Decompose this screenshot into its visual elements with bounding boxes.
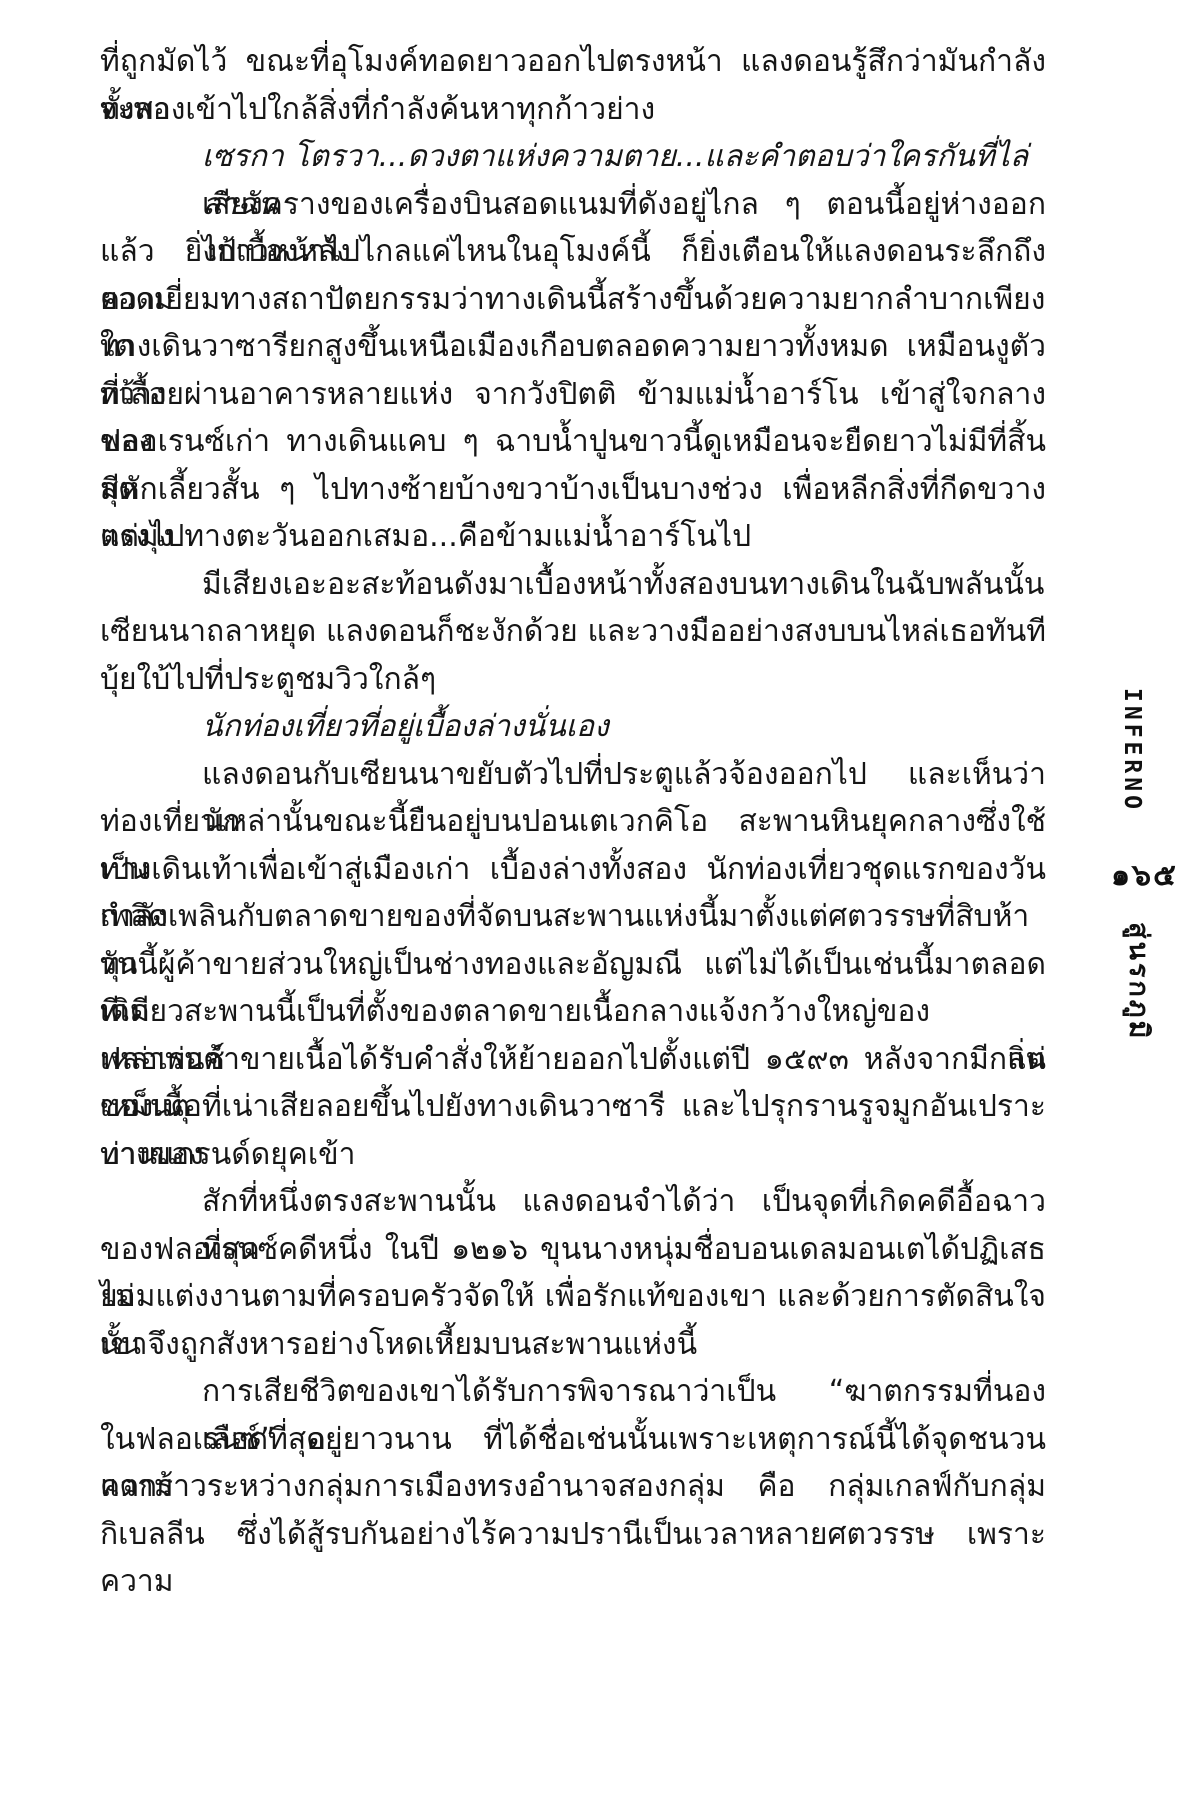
running-title-latin: INFERNO xyxy=(1119,688,1145,813)
text-line: วันนี้ผู้ค้าขายส่วนใหญ่เป็นช่างทองและอัญ… xyxy=(100,941,1046,989)
running-title-thai: สู่นรกภูมิ xyxy=(1117,922,1160,1041)
text-line: ทางเดินวาซารียกสูงขึ้นเหนือเมืองเกือบตลอ… xyxy=(100,323,1046,371)
text-line: เซรกา โตรวา...ดวงตาแห่งความตาย...และคำตอ… xyxy=(100,133,1046,181)
text-line: ในฟลอเรนซ์” อยู่ยาวนาน ที่ได้ชื่อเช่นนั้… xyxy=(100,1416,1046,1464)
text-line: การเสียชีวิตของเขาได้รับการพิจารณาว่าเป็… xyxy=(100,1368,1046,1416)
text-line: ทีเดียวสะพานนี้เป็นที่ตั้งของตลาดขายเนื้… xyxy=(100,988,1046,1036)
text-line: ของฟลอเรนซ์คดีหนึ่ง ในปี ๑๒๑๖ ขุนนางหนุ่… xyxy=(100,1226,1046,1274)
text-line: ยอดเยี่ยมทางสถาปัตยกรรมว่าทางเดินนี้สร้า… xyxy=(100,276,1046,324)
text-line: ทางเดินเท้าเพื่อเข้าสู่เมืองเก่า เบื้องล… xyxy=(100,846,1046,894)
page-number: ๑๖๕ xyxy=(1111,852,1178,899)
text-line: มีเสียงเอะอะสะท้อนดังมาเบื้องหน้าทั้งสอง… xyxy=(100,561,1046,609)
page-margin-sidebar: INFERNO ๑๖๕ สู่นรกภูมิ xyxy=(1091,0,1201,1800)
text-line: ท่านแกรนด์ดยุคเข้า xyxy=(100,1131,1046,1179)
text-line: เหล่าพ่อค้าขายเนื้อได้รับคำสั่งให้ย้ายออ… xyxy=(100,1036,1046,1084)
text-line: มีหักเลี้ยวสั้น ๆ ไปทางซ้ายบ้างขวาบ้างเป… xyxy=(100,466,1046,514)
text-line: ที่เลื้อยผ่านอาคารหลายแห่ง จากวังปิตติ ข… xyxy=(100,371,1046,419)
body-text: ที่ถูกมัดไว้ ขณะที่อุโมงค์ทอดยาวออกไปตรง… xyxy=(100,38,1046,1558)
text-line: กิเบลลีน ซึ่งได้สู้รบกันอย่างไร้ความปราน… xyxy=(100,1511,1046,1559)
text-line: ของเนื้อที่เน่าเสียลอยขึ้นไปยังทางเดินวา… xyxy=(100,1083,1046,1131)
text-line: เขาจึงถูกสังหารอย่างโหดเหี้ยมบนสะพานแห่ง… xyxy=(100,1321,1046,1369)
text-line: สักที่หนึ่งตรงสะพานนั้น แลงดอนจำได้ว่า เ… xyxy=(100,1178,1046,1226)
text-line: เพลิดเพลินกับตลาดขายของที่จัดบนสะพานแห่ง… xyxy=(100,893,1046,941)
text-line: บุ้ยใบ้ไปที่ประตูชมวิวใกล้ๆ xyxy=(100,656,1046,704)
text-line: ที่ถูกมัดไว้ ขณะที่อุโมงค์ทอดยาวออกไปตรง… xyxy=(100,38,1046,86)
text-line: แตกร้าวระหว่างกลุ่มการเมืองทรงอำนาจสองกล… xyxy=(100,1463,1046,1511)
text-line: ท่องเที่ยวเหล่านั้นขณะนี้ยืนอยู่บนปอนเตเ… xyxy=(100,798,1046,846)
text-line: เสียงครางของเครื่องบินสอดแนมที่ดังอยู่ไก… xyxy=(100,181,1046,229)
text-line: แล้ว ยิ่งก้าวหน้าไปไกลแค่ไหนในอุโมงค์นี้… xyxy=(100,228,1046,276)
text-line: ยอมแต่งงานตามที่ครอบครัวจัดให้ เพื่อรักแ… xyxy=(100,1273,1046,1321)
text-line: นักท่องเที่ยวที่อยู่เบื้องล่างนั่นเอง xyxy=(100,703,1046,751)
book-page: ที่ถูกมัดไว้ ขณะที่อุโมงค์ทอดยาวออกไปตรง… xyxy=(0,0,1201,1800)
text-line: ตรงไปทางตะวันออกเสมอ...คือข้ามแม่น้ำอาร์… xyxy=(100,513,1046,561)
text-line: ฟลอเรนซ์เก่า ทางเดินแคบ ๆ ฉาบน้ำปูนขาวนี… xyxy=(100,418,1046,466)
text-line: แลงดอนกับเซียนนาขยับตัวไปที่ประตูแล้วจ้อ… xyxy=(100,751,1046,799)
text-line: เซียนนาถลาหยุด แลงดอนก็ชะงักด้วย และวางม… xyxy=(100,608,1046,656)
text-line: ทั้งสองเข้าไปใกล้สิ่งที่กำลังค้นหาทุกก้า… xyxy=(100,86,1046,134)
